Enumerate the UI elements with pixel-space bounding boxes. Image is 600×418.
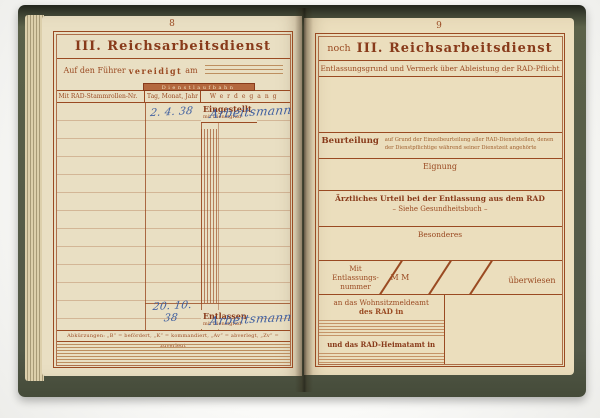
title-prefix: noch xyxy=(327,43,350,54)
oath-emphasis: vereidigt xyxy=(129,66,183,76)
left-page-title: III. Reichsarbeitsdienst xyxy=(57,35,290,59)
dienstlaufbahn-band: Dienstlaufbahn xyxy=(143,83,255,91)
entry-date-handwritten: 2. 4. 38 xyxy=(145,104,198,119)
diagonal-divider xyxy=(426,261,451,295)
meldeamt-label: an das Wohnsitzmeldeamt xyxy=(319,295,444,307)
oath-fill-lines xyxy=(205,65,283,76)
beurteilung-label: Beurteilung xyxy=(322,136,381,146)
right-page-frame: noch III. Reichsarbeitsdienst Entlassung… xyxy=(315,33,565,367)
bottom-ruled-band xyxy=(57,341,290,365)
page-number-left: 8 xyxy=(42,19,302,29)
transfer-number-row: Mit Entlassungs- nummer M M überwiesen xyxy=(319,261,562,295)
table-header: Dienstlaufbahn Mit RAD-Stammrollen-Nr. T… xyxy=(57,90,290,103)
page-number-right: 9 xyxy=(304,21,574,31)
meldeamt-cell: an das Wohnsitzmeldeamt des RAD in und d… xyxy=(319,295,445,364)
diagonal-divider xyxy=(467,261,492,295)
service-table-body: 2. 4. 38 Eingestellt mit Dienstgrad Arbe… xyxy=(57,103,290,330)
heimatamt-label: und das RAD-Heimatamt in xyxy=(319,338,444,349)
medical-line: Ärztliches Urteil bei der Entlassung aus… xyxy=(319,194,562,203)
column-header-stammrolle: Mit RAD-Stammrollen-Nr. xyxy=(57,91,146,102)
medical-judgment-section: Ärztliches Urteil bei der Entlassung aus… xyxy=(319,191,562,227)
transfer-m2: M xyxy=(401,273,409,282)
besonderes-section: Besonderes xyxy=(319,227,562,261)
column-divider xyxy=(218,103,219,330)
column-header-date: Tag, Monat, Jahr xyxy=(145,91,201,102)
column-header-werdegang: Werdegang xyxy=(201,91,290,102)
abbreviations-footnote: Abkürzungen: „B“ = befördert, „K“ = komm… xyxy=(57,330,290,341)
entry-date-handwritten: 20. 10. 38 xyxy=(145,298,200,325)
right-page: 9 noch III. Reichsarbeitsdienst Entlassu… xyxy=(304,18,574,375)
beurteilung-row: Beurteilung auf Grund der Einzelbeurteil… xyxy=(319,133,562,159)
meldeamt-label-2: des RAD in xyxy=(319,307,444,316)
ruled-fill-area xyxy=(319,318,444,338)
column-divider xyxy=(145,103,146,330)
oath-pre: Auf den Führer xyxy=(64,66,126,75)
stamp-area xyxy=(445,295,562,364)
oath-post: am xyxy=(185,66,197,75)
left-page: 8 III. Reichsarbeitsdienst Auf den Führe… xyxy=(42,16,302,376)
gesundheitsbuch-note: – Siehe Gesundheitsbuch – xyxy=(319,205,562,213)
transfer-label: Mit Entlassungs- nummer xyxy=(325,264,387,292)
right-page-title: noch III. Reichsarbeitsdienst xyxy=(319,37,562,61)
beurteilung-note: auf Grund der Einzelbeurteilung aller RA… xyxy=(385,136,559,152)
left-page-frame: III. Reichsarbeitsdienst Auf den Führer … xyxy=(53,31,293,368)
offices-section: an das Wohnsitzmeldeamt des RAD in und d… xyxy=(319,295,562,364)
ueberwiesen-label: überwiesen xyxy=(509,276,556,285)
page-subtitle: Entlassungsgrund und Vermerk über Ableis… xyxy=(319,61,562,77)
hatched-column xyxy=(201,129,218,303)
empty-remarks-box xyxy=(319,77,562,133)
oath-line: Auf den Führer vereidigt am xyxy=(57,59,290,83)
eignung-section: Eignung xyxy=(319,159,562,191)
ruled-fill-area xyxy=(319,351,444,363)
